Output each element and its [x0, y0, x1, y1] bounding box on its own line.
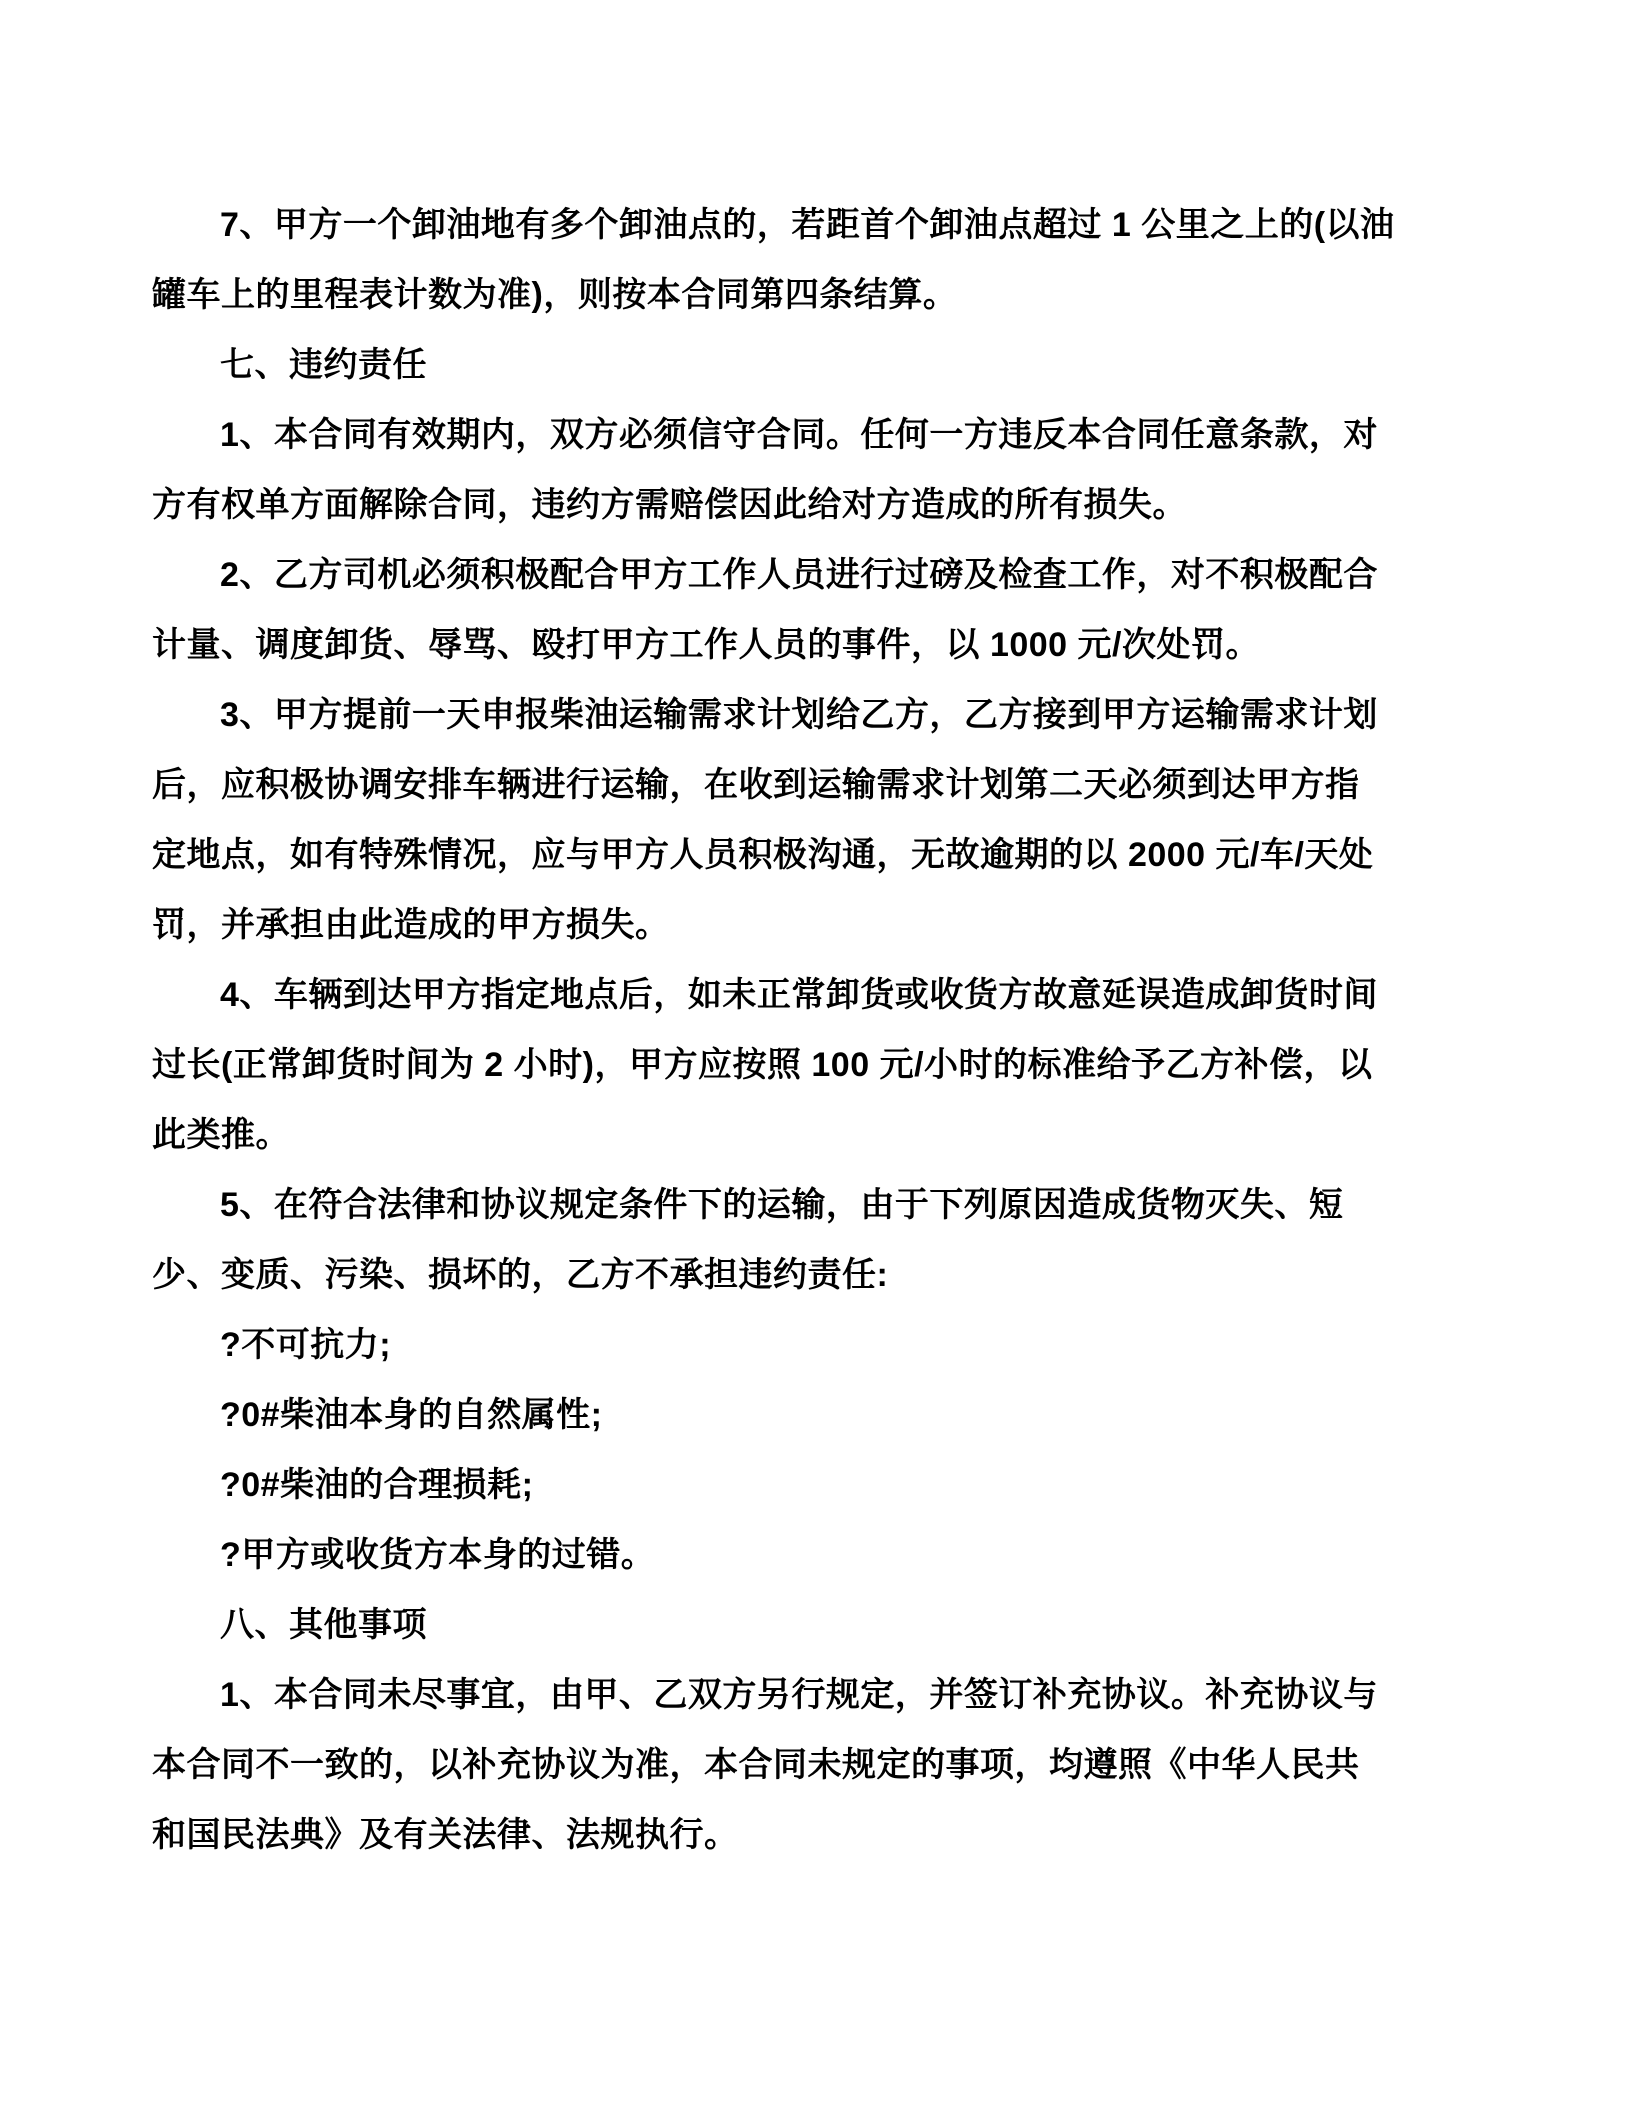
document-line: 少、变质、污染、损坏的，乙方不承担违约责任: [152, 1240, 1482, 1310]
document-body: 7、甲方一个卸油地有多个卸油点的，若距首个卸油点超过 1 公里之上的(以油 罐车… [152, 190, 1482, 1870]
document-line: 此类推。 [152, 1100, 1482, 1170]
document-line: 7、甲方一个卸油地有多个卸油点的，若距首个卸油点超过 1 公里之上的(以油 [152, 190, 1482, 260]
document-line: 本合同不一致的，以补充协议为准，本合同未规定的事项，均遵照《中华人民共 [152, 1730, 1482, 1800]
document-line: 定地点，如有特殊情况，应与甲方人员积极沟通，无故逾期的以 2000 元/车/天处 [152, 820, 1482, 890]
document-line: 后，应积极协调安排车辆进行运输，在收到运输需求计划第二天必须到达甲方指 [152, 750, 1482, 820]
section-heading: 八、其他事项 [152, 1590, 1482, 1660]
document-line: 2、乙方司机必须积极配合甲方工作人员进行过磅及检查工作，对不积极配合 [152, 540, 1482, 610]
list-item: ?甲方或收货方本身的过错。 [152, 1520, 1482, 1590]
document-line: 方有权单方面解除合同，违约方需赔偿因此给对方造成的所有损失。 [152, 470, 1482, 540]
section-heading: 七、违约责任 [152, 330, 1482, 400]
document-line: 罐车上的里程表计数为准)，则按本合同第四条结算。 [152, 260, 1482, 330]
document-line: 1、本合同有效期内，双方必须信守合同。任何一方违反本合同任意条款，对 [152, 400, 1482, 470]
document-line: 5、在符合法律和协议规定条件下的运输，由于下列原因造成货物灭失、短 [152, 1170, 1482, 1240]
document-page: 7、甲方一个卸油地有多个卸油点的，若距首个卸油点超过 1 公里之上的(以油 罐车… [0, 0, 1632, 2112]
list-item: ?0#柴油本身的自然属性; [152, 1380, 1482, 1450]
document-line: 4、车辆到达甲方指定地点后，如未正常卸货或收货方故意延误造成卸货时间 [152, 960, 1482, 1030]
document-line: 过长(正常卸货时间为 2 小时)，甲方应按照 100 元/小时的标准给予乙方补偿… [152, 1030, 1482, 1100]
list-item: ?不可抗力; [152, 1310, 1482, 1380]
document-line: 3、甲方提前一天申报柴油运输需求计划给乙方，乙方接到甲方运输需求计划 [152, 680, 1482, 750]
document-line: 计量、调度卸货、辱骂、殴打甲方工作人员的事件，以 1000 元/次处罚。 [152, 610, 1482, 680]
document-line: 1、本合同未尽事宜，由甲、乙双方另行规定，并签订补充协议。补充协议与 [152, 1660, 1482, 1730]
document-line: 和国民法典》及有关法律、法规执行。 [152, 1800, 1482, 1870]
document-line: 罚，并承担由此造成的甲方损失。 [152, 890, 1482, 960]
list-item: ?0#柴油的合理损耗; [152, 1450, 1482, 1520]
